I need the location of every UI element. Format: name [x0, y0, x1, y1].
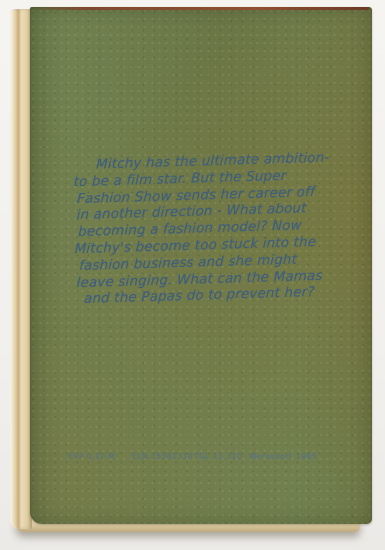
eln-code: ELN 15581310 [132, 451, 193, 463]
imprint-line: EVP 0,10 M ELN 15581310 TGL 11 310 Werns… [30, 451, 372, 463]
book-spine-pages [10, 9, 32, 529]
front-cover-edge-sliver [36, 7, 369, 10]
green-cover: Mitchy has the ultimate ambition- to be … [30, 7, 372, 524]
price-label: EVP 0,10 M [68, 451, 115, 463]
tgl-code: TGL 11 310 [194, 451, 242, 463]
photo-background: Mitchy has the ultimate ambition- to be … [0, 0, 385, 550]
place-label: Wernsdorf [249, 451, 292, 463]
book-back-cover: Mitchy has the ultimate ambition- to be … [10, 7, 372, 532]
year-label: 1985 [296, 451, 317, 463]
handwritten-blurb: Mitchy has the ultimate ambition- to be … [76, 150, 352, 309]
